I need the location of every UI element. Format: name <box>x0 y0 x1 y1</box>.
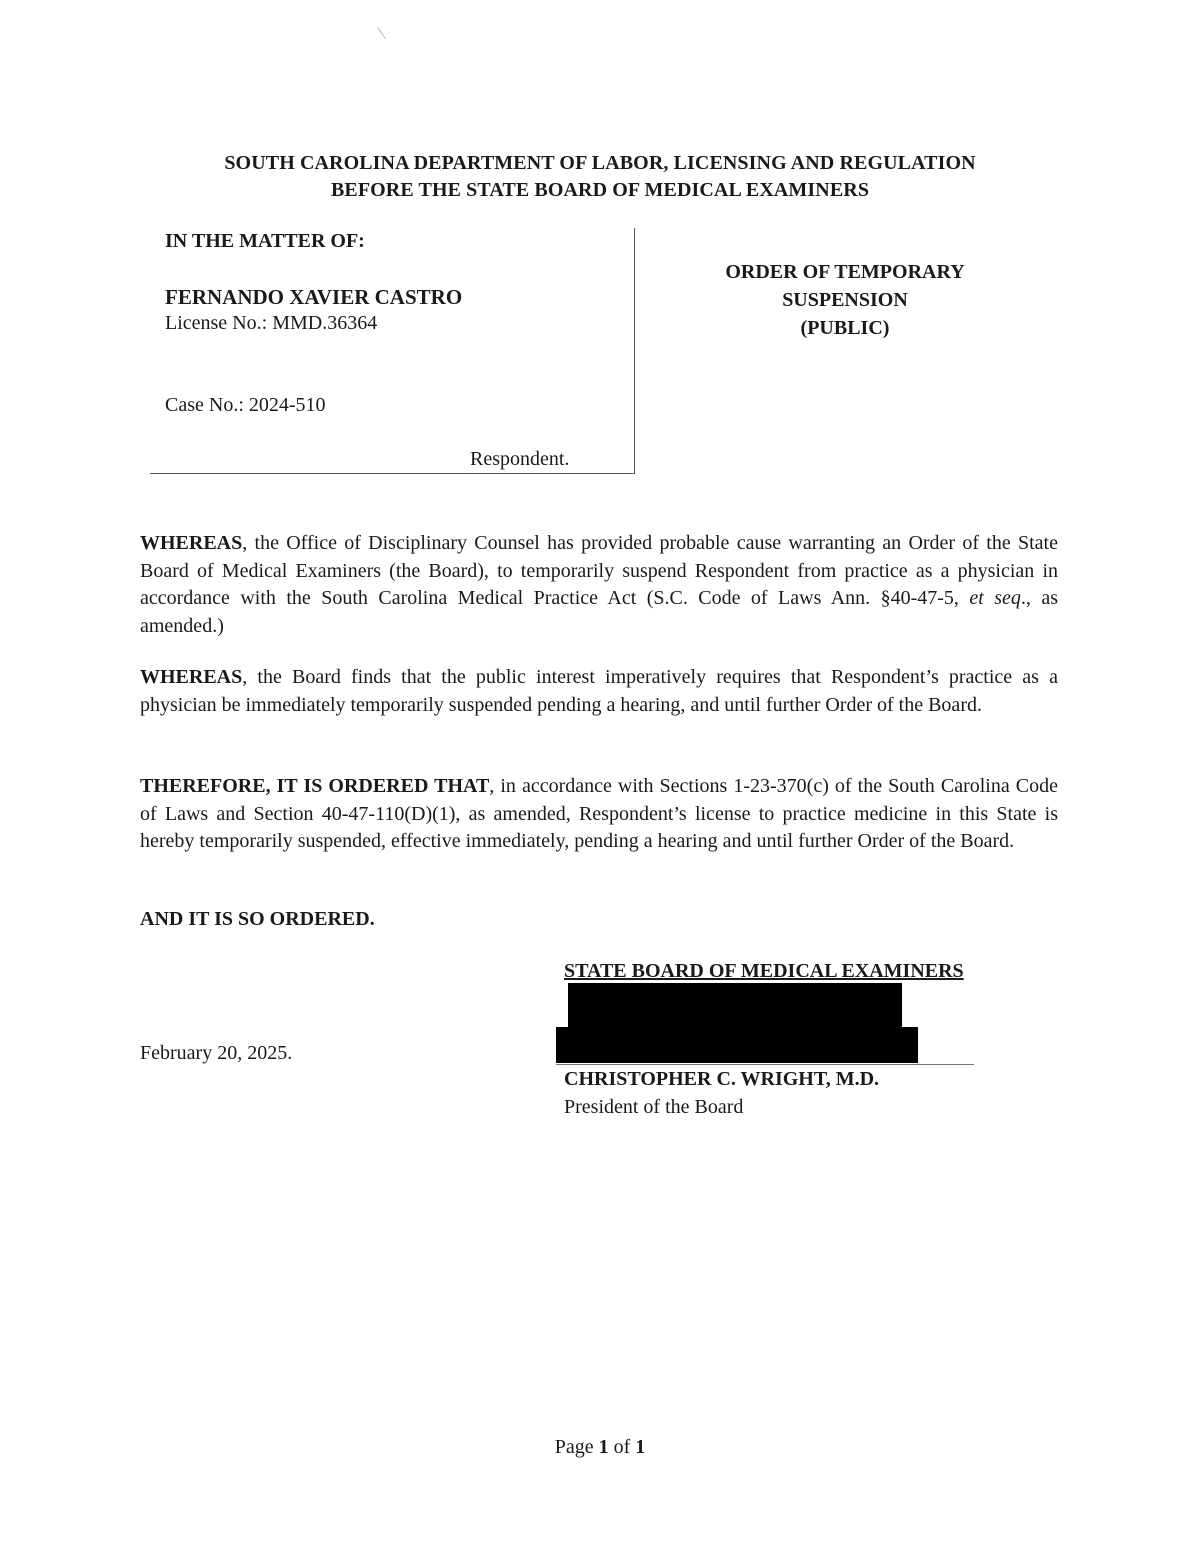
page-number: Page 1 of 1 <box>0 1436 1200 1459</box>
order-title-line-2: SUSPENSION <box>680 286 1010 314</box>
document-header: SOUTH CAROLINA DEPARTMENT OF LABOR, LICE… <box>0 150 1200 204</box>
page-middle: of <box>609 1436 636 1458</box>
case-number: Case No.: 2024-510 <box>165 394 326 417</box>
paragraph-text: , the Board finds that the public intere… <box>140 666 1058 716</box>
whereas-paragraph-2: WHEREAS, the Board finds that the public… <box>140 664 1058 719</box>
respondent-label: Respondent. <box>470 448 569 471</box>
paragraph-lead: THEREFORE, IT IS ORDERED THAT <box>140 775 489 797</box>
order-title-line-1: ORDER OF TEMPORARY <box>680 258 1010 286</box>
therefore-paragraph: THEREFORE, IT IS ORDERED THAT, in accord… <box>140 773 1058 856</box>
order-title-line-3: (PUBLIC) <box>680 314 1010 342</box>
page-prefix: Page <box>555 1436 599 1458</box>
case-caption: IN THE MATTER OF: FERNANDO XAVIER CASTRO… <box>150 228 635 474</box>
redaction-block <box>568 983 902 1033</box>
paragraph-text: , the Office of Disciplinary Counsel has… <box>140 532 1058 609</box>
page-total: 1 <box>635 1436 645 1458</box>
signer-name: CHRISTOPHER C. WRIGHT, M.D. <box>564 1068 879 1091</box>
page-current: 1 <box>599 1436 609 1458</box>
scan-artifact <box>377 27 386 39</box>
order-date: February 20, 2025. <box>140 1042 292 1065</box>
paragraph-italic: et seq <box>969 587 1021 609</box>
paragraph-lead: WHEREAS <box>140 666 242 688</box>
order-title: ORDER OF TEMPORARY SUSPENSION (PUBLIC) <box>680 258 1010 342</box>
closing-statement: AND IT IS SO ORDERED. <box>140 908 375 931</box>
redaction-block <box>556 1027 918 1063</box>
paragraph-lead: WHEREAS <box>140 532 242 554</box>
whereas-paragraph-1: WHEREAS, the Office of Disciplinary Coun… <box>140 530 1058 640</box>
signer-title: President of the Board <box>564 1096 743 1119</box>
agency-name: SOUTH CAROLINA DEPARTMENT OF LABOR, LICE… <box>0 150 1200 177</box>
board-heading: BEFORE THE STATE BOARD OF MEDICAL EXAMIN… <box>0 177 1200 204</box>
matter-label: IN THE MATTER OF: <box>165 230 365 253</box>
license-number: License No.: MMD.36364 <box>165 312 377 335</box>
signature-board-name: STATE BOARD OF MEDICAL EXAMINERS <box>564 960 964 983</box>
respondent-name: FERNANDO XAVIER CASTRO <box>165 285 462 310</box>
signature-line <box>556 1064 974 1065</box>
